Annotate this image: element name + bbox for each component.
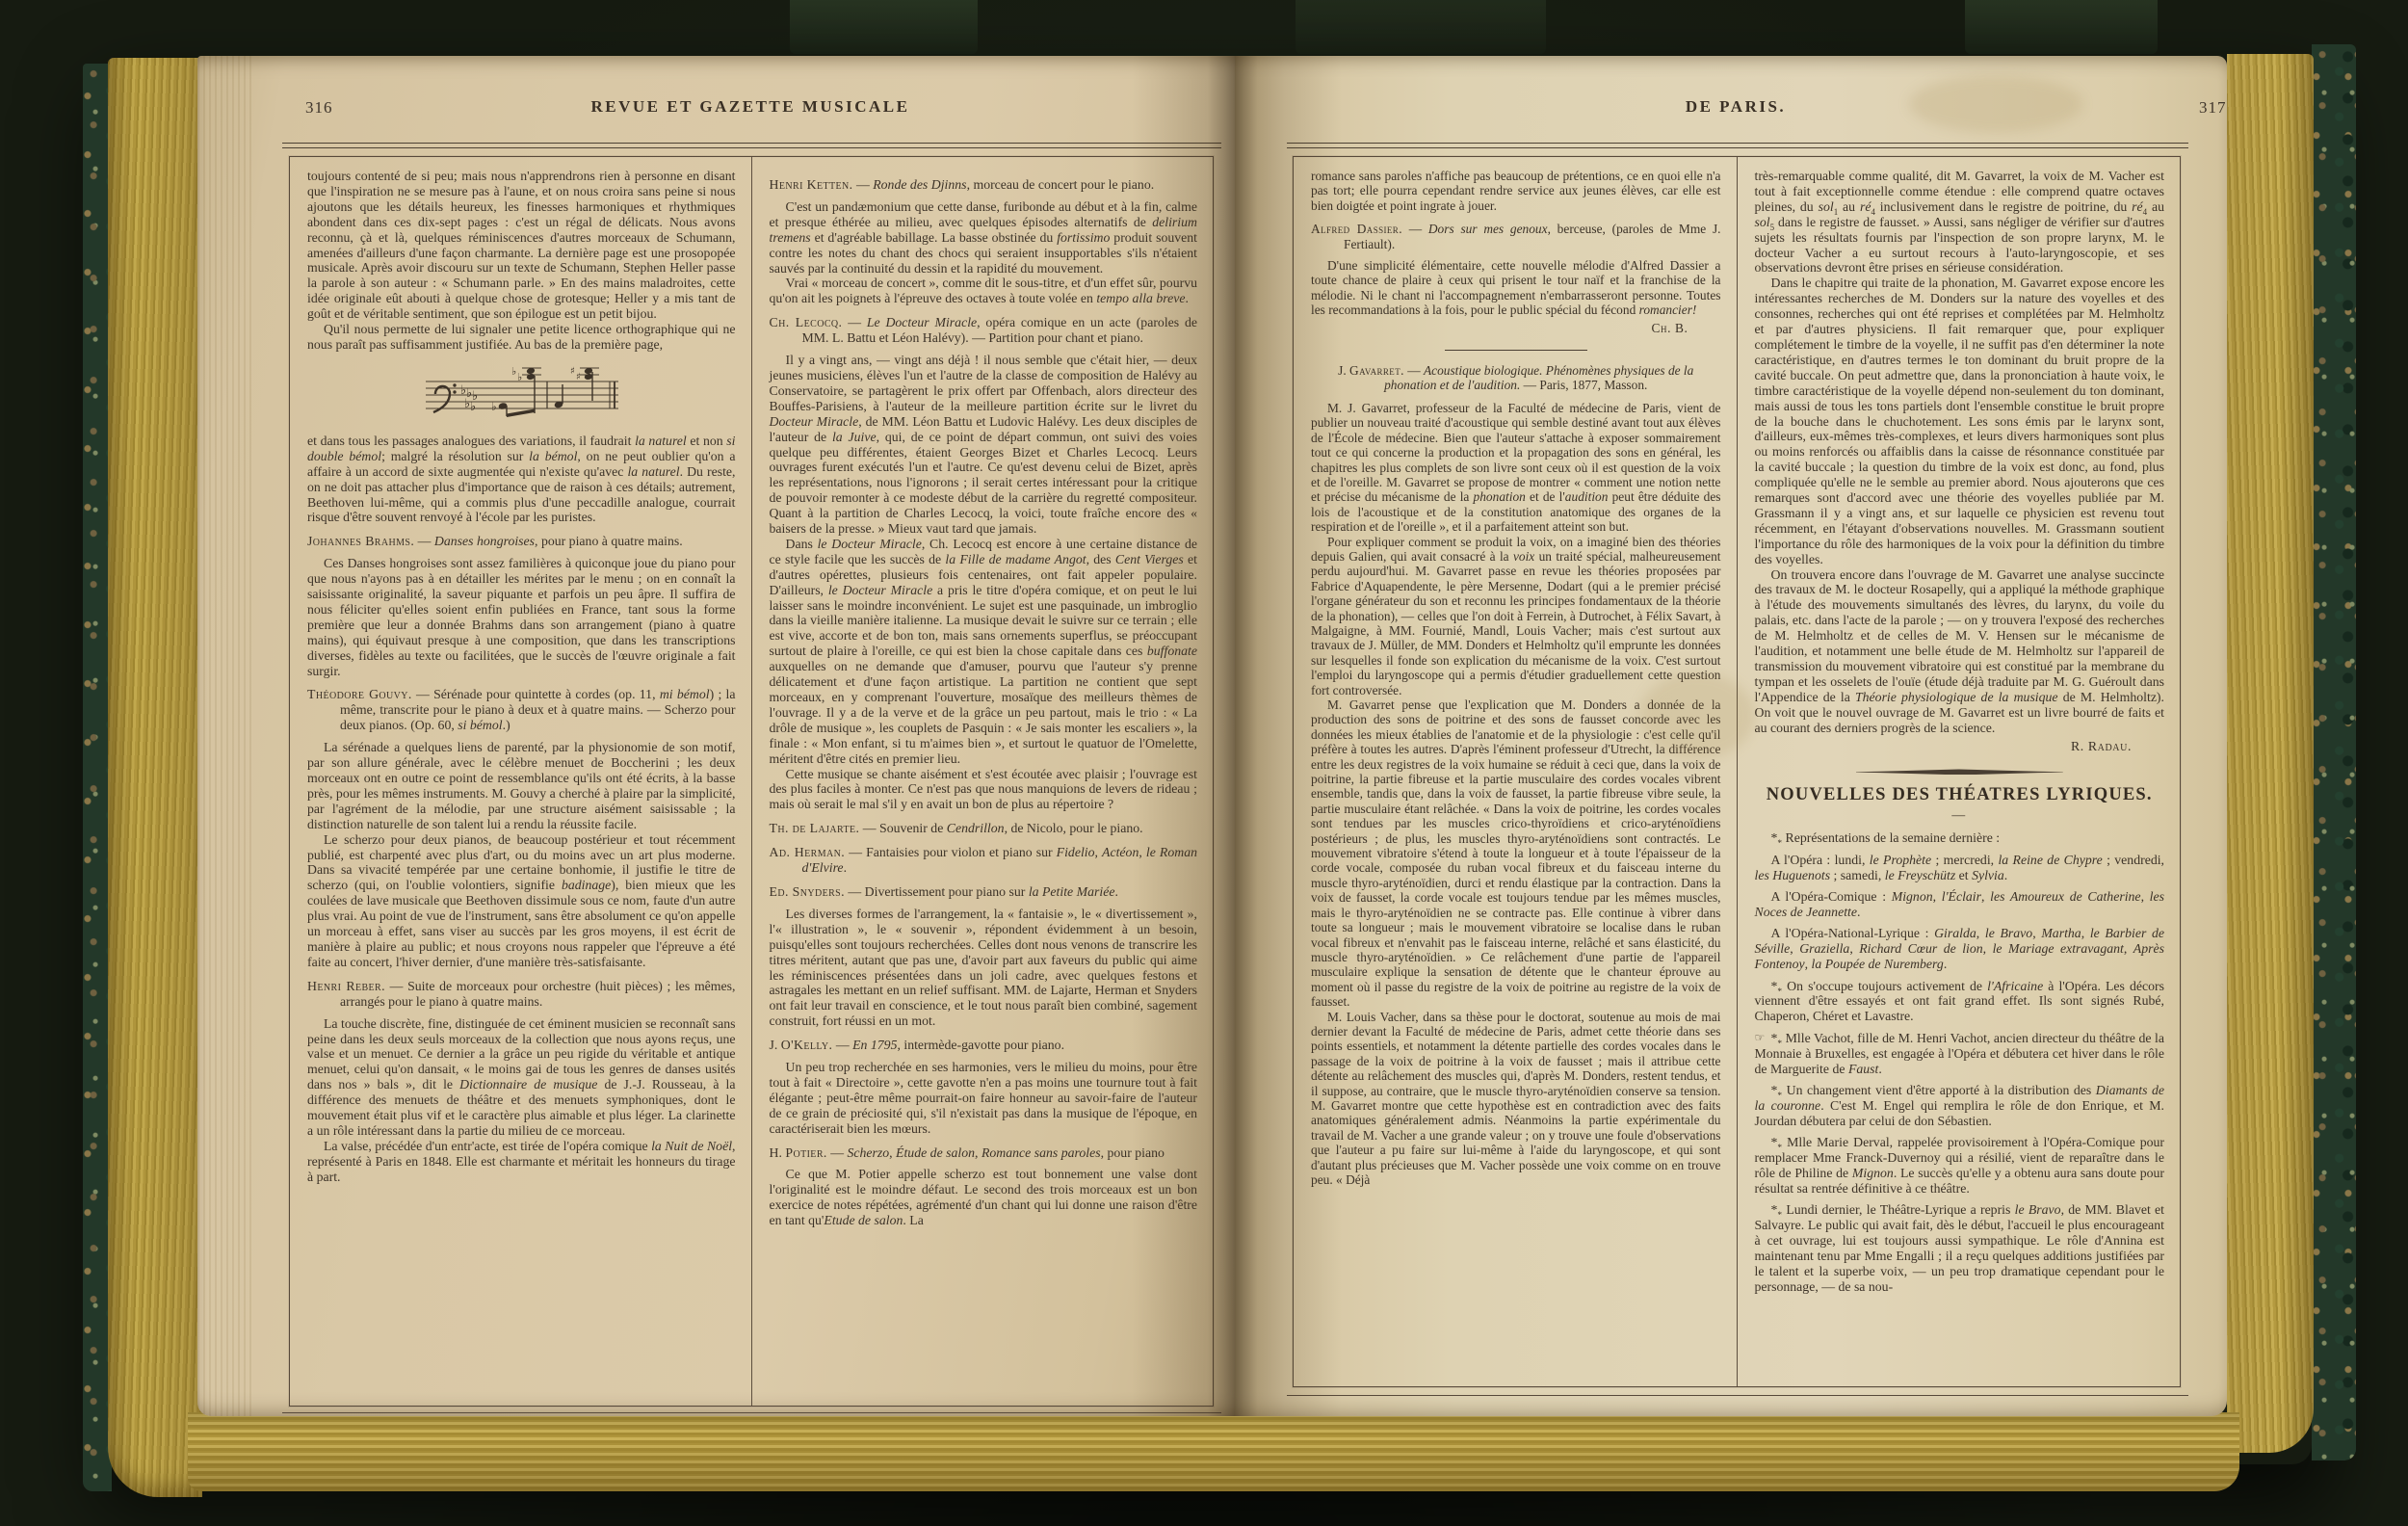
svg-text:♭: ♭ [491,400,497,413]
news-item: A l'Opéra : lundi, le Prophète ; mercred… [1755,853,2165,883]
section-title: NOUVELLES DES THÉATRES LYRIQUES. [1755,788,2165,803]
work-heading: Henri Ketten. — Ronde des Djinns, morcea… [770,177,1198,193]
column: Henri Ketten. — Ronde des Djinns, morcea… [751,157,1214,1406]
foxing-stain [1909,75,2082,133]
article-paragraph: Pour expliquer comment se produit la voi… [1311,535,1721,697]
svg-text:♭: ♭ [517,371,522,383]
article-paragraph: très-remarquable comme qualité, dit M. G… [1755,169,2165,276]
article-paragraph: Vrai « morceau de concert », comme dit l… [770,276,1198,306]
work-heading: Alfred Dassier. — Dors sur mes genoux, b… [1311,222,1721,251]
footer-rule [282,1412,1221,1413]
left-page: 316 REVUE ET GAZETTE MUSICALE toujours c… [197,56,1235,1416]
signature: R. Radau. [1755,739,2165,754]
work-heading: Ed. Snyders. — Divertissement pour piano… [770,884,1198,900]
work-heading: Henri Reber. — Suite de morceaux pour or… [307,979,736,1010]
article-paragraph: M. Louis Vacher, dans sa thèse pour le d… [1311,1010,1721,1188]
short-rule [1445,350,1587,351]
section-dash: — [1755,807,2165,823]
work-heading: Ad. Herman. — Fantaisies pour violon et … [770,845,1198,876]
svg-text:♯: ♯ [576,372,581,382]
margin-hand-icon: ☞ [1739,1031,1766,1046]
footer-rule [1287,1395,2188,1396]
background-object [1296,0,1546,54]
music-example-notation: ♭♭♭ ♭♭ ♭ ♭♭ ♯♯ [418,362,625,422]
work-heading: Théodore Gouvy. — Sérénade pour quintett… [307,687,736,733]
article-paragraph: La valse, précédée d'un entr'acte, est t… [307,1139,736,1185]
article-paragraph: Dans le Docteur Miracle, Ch. Lecocq est … [770,537,1198,767]
diamond-rule [1856,769,2063,775]
news-item: ** Mlle Marie Derval, rappelée provisoir… [1755,1135,2165,1197]
gilt-bottom-edge [188,1412,2239,1491]
svg-text:♭: ♭ [470,400,476,414]
article-paragraph: Qu'il nous permette de lui signaler une … [307,322,736,353]
column: romance sans paroles n'affiche pas beauc… [1294,157,1737,1386]
article-paragraph: M. J. Gavarret, professeur de la Faculté… [1311,401,1721,535]
news-item: ** Représentations de la semaine dernièr… [1755,830,2165,846]
music-example: ♭♭♭ ♭♭ ♭ ♭♭ ♯♯ [307,362,736,422]
article-paragraph: et dans tous les passages analogues des … [307,434,736,525]
article-paragraph: Dans le chapitre qui traite de la phonat… [1755,276,2165,566]
news-item: A l'Opéra-National-Lyrique : Giralda, le… [1755,926,2165,972]
svg-text:♯: ♯ [570,366,575,377]
work-heading: Johannes Brahms. — Danses hongroises, po… [307,534,736,549]
article-paragraph: Ce que M. Potier appelle scherzo est tou… [770,1167,1198,1228]
work-heading: H. Potier. — Scherzo, Étude de salon, Ro… [770,1145,1198,1161]
text-frame-left: toujours contenté de si peu; mais nous n… [289,156,1214,1407]
signature: Ch. B. [1311,321,1721,335]
work-heading: J. O'Kelly. — En 1795, intermède-gavotte… [770,1038,1198,1053]
news-item: ** On s'occupe toujours activement de l'… [1755,979,2165,1025]
marbled-cover-right [2312,44,2356,1460]
article-paragraph: Cette musique se chante aisément et s'es… [770,767,1198,813]
gilt-fore-edge-right [2227,54,2314,1453]
article-paragraph: La sérénade a quelques liens de parenté,… [307,740,736,831]
review-heading: J. Gavarret. — Acoustique biologique. Ph… [1321,363,1712,393]
news-item: ** Un changement vient d'être apporté à … [1755,1083,2165,1129]
article-paragraph: Les diverses formes de l'arrangement, la… [770,907,1198,1029]
header-rule [282,143,1221,148]
article-paragraph: Ces Danses hongroises sont assez familiè… [307,556,736,678]
foxing-stain [1639,672,1755,759]
article-paragraph: Un peu trop recherchée en ses harmonies,… [770,1060,1198,1137]
article-paragraph: On trouvera encore dans l'ouvrage de M. … [1755,567,2165,736]
article-paragraph: toujours contenté de si peu; mais nous n… [307,169,736,322]
column: très-remarquable comme qualité, dit M. G… [1737,157,2181,1386]
background-object [1965,0,2158,54]
header-rule [1287,143,2188,148]
article-paragraph: D'une simplicité élémentaire, cette nouv… [1311,258,1721,318]
background-object [790,0,978,54]
news-item: ** Lundi dernier, le Théâtre-Lyrique a r… [1755,1202,2165,1294]
page-number-right: 317 [2199,98,2227,118]
scanned-journal-photo: { "left_page": { "number": "316", "runni… [0,0,2408,1526]
svg-text:♭: ♭ [511,365,516,378]
work-heading: Ch. Lecocq. — Le Docteur Miracle, opéra … [770,315,1198,346]
column: toujours contenté de si peu; mais nous n… [290,157,751,1406]
article-paragraph: La touche discrète, fine, distinguée de … [307,1016,736,1139]
work-heading: Th. de Lajarte. — Souvenir de Cendrillon… [770,821,1198,836]
article-paragraph: Il y a vingt ans, — vingt ans déjà ! il … [770,353,1198,537]
running-title-left: REVUE ET GAZETTE MUSICALE [289,97,1212,117]
article-paragraph: romance sans paroles n'affiche pas beauc… [1311,169,1721,213]
article-paragraph: C'est un pandæmonium que cette danse, fu… [770,199,1198,276]
article-paragraph: Le scherzo pour deux pianos, de beaucoup… [307,832,736,970]
gilt-fore-edge-left [108,58,202,1497]
text-frame-right: romance sans paroles n'affiche pas beauc… [1293,156,2181,1387]
news-item: A l'Opéra-Comique : Mignon, l'Éclair, le… [1755,889,2165,920]
news-item: ** Mlle Vachot, fille de M. Henri Vachot… [1755,1031,2165,1077]
right-page: 317 DE PARIS. romance sans paroles n'aff… [1235,56,2227,1416]
